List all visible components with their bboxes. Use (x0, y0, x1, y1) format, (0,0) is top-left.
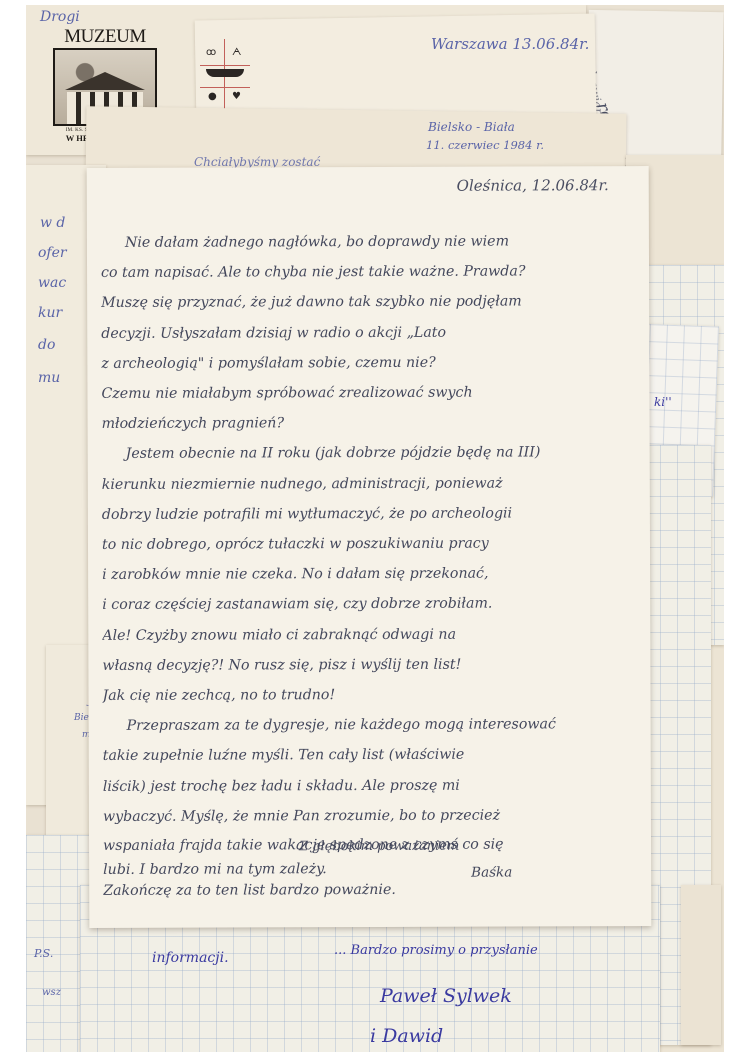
letter-line: Jak cię nie zechcą, no to trudno! (102, 679, 642, 711)
ps-fragment: P.S. (34, 947, 53, 960)
left-fragment-1: w d (40, 215, 65, 231)
letter-closing: Z głębokim poważaniem (299, 839, 459, 855)
ball-glyph-icon: ● (208, 91, 217, 102)
letter-line: Zakończę za to ten list bardzo poważnie. (103, 878, 643, 902)
letter-line: co tam napisać. Ale to chyba nie jest ta… (101, 256, 641, 288)
warsaw-letter-date: Warszawa 13.06.84r. (431, 35, 589, 53)
left-fragment-4: kur (38, 305, 62, 321)
letter-line: Nie dałam żadnego nagłówka, bo doprawdy … (101, 226, 641, 258)
letter-line: i zarobków mnie nie czeka. No i dałam si… (102, 558, 642, 590)
letter-body: Nie dałam żadnego nagłówka, bo doprawdy … (101, 226, 643, 902)
letters-photograph: rodaj, Od m Pozdrawiam Warszawa 13.06.84… (26, 5, 724, 1052)
wsz-fragment: wsz (42, 987, 61, 998)
letter-line: własną decyzję?! No rusz się, pisz i wyś… (102, 649, 642, 681)
left-fragment-2: ofer (38, 245, 67, 261)
letter-line: Muszę się przyznać, że już dawno tak szy… (101, 286, 641, 318)
bielsko-place: Bielsko - Biała (428, 120, 515, 134)
laboratorium-emblem-icon: ꝏ ᗅ ● ♥ (190, 39, 260, 109)
letter-line: Jestem obecnie na II roku (jak dobrze pó… (102, 437, 642, 469)
left-fragment-6: mu (38, 370, 60, 386)
grid-letter-left-text: informacji. (152, 950, 229, 966)
main-letter-sheet: Oleśnica, 12.06.84r. Nie dałam żadnego n… (87, 166, 652, 928)
left-fragment-3: wac (38, 275, 66, 291)
letter-line: dobrzy ludzie potrafili mi wytłumaczyć, … (102, 498, 642, 530)
letter-line: Ale! Czyżby znowu miało ci zabraknąć odw… (102, 619, 642, 651)
letter-line: i coraz częściej zastanawiam się, czy do… (102, 588, 642, 620)
bielsko-date: 11. czerwiec 1984 r. (426, 138, 544, 152)
letter-line: takie zupełnie luźne myśli. Ten cały lis… (103, 739, 643, 771)
letter-signature: Baśka (471, 865, 512, 881)
right-stack-sheet-2 (681, 885, 721, 1045)
letter-line: liścik) jest trochę bez ładu i składu. A… (103, 770, 643, 802)
letter-line: Przepraszam za te dygresje, nie każdego … (103, 709, 643, 741)
letter-line: wybaczyć. Myślę, że mnie Pan zrozumie, b… (103, 800, 643, 832)
figure-glyph-icon: ᗅ (232, 47, 241, 58)
drogi-fragment: Drogi (40, 9, 80, 25)
museum-logo-title: MUZEUM (50, 27, 160, 46)
right-fragment-ki: ki'' (654, 395, 672, 409)
grid-letter-right-text: ... Bardzo prosimy o przysłanie (334, 943, 538, 958)
letter-line: Czemu nie miałabym spróbować zrealizować… (101, 377, 641, 409)
letter-line: kierunku niezmiernie nudnego, administra… (102, 468, 642, 500)
serpent-glyph-icon: ꝏ (206, 47, 216, 58)
left-lower-fragment-2: Bie (74, 713, 89, 723)
letter-line: lubi. I bardzo mi na tym zależy. (103, 858, 643, 880)
leaf-glyph-icon: ♥ (232, 91, 241, 102)
letter-line: młodzieńczych pragnień? (102, 407, 642, 439)
bowl-glyph-icon (206, 69, 244, 77)
letter-line: to nic dobrego, oprócz tułaczki w poszuk… (102, 528, 642, 560)
letter-line: z archeologią" i pomyślałam sobie, czemu… (101, 347, 641, 379)
left-fragment-5: do (38, 337, 55, 353)
letter-line: decyzji. Usłyszałam dzisiaj w radio o ak… (101, 317, 641, 349)
letter-date: Oleśnica, 12.06.84r. (457, 176, 609, 195)
grid-letter-signature-1: Paweł Sylwek (380, 985, 512, 1007)
grid-letter-signature-2: i Dawid (370, 1025, 443, 1047)
